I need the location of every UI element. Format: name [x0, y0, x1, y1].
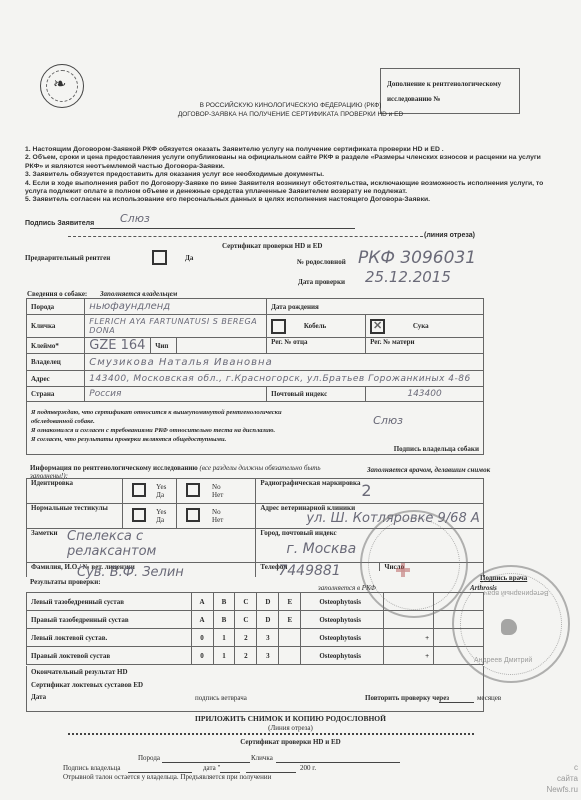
- certificate-title: Сертификат проверки HD и ED: [222, 242, 322, 250]
- notes-label: Заметки: [31, 529, 58, 537]
- attach-note: ПРИЛОЖИТЬ СНИМОК И КОПИЮ РОДОСЛОВНОЙ: [0, 714, 581, 723]
- yes-text-2: YesДа: [156, 504, 176, 529]
- identification-label: Идентировка: [27, 479, 123, 504]
- confirmation-line-1: Я подтверждаю, что сертификат относится …: [31, 408, 311, 426]
- chip-field[interactable]: [177, 338, 267, 354]
- applicant-signature-label: Подпись Заявителя: [25, 220, 94, 227]
- term-4: 4. Если в ходе выполнения работ по Догов…: [25, 180, 555, 197]
- grade-cell[interactable]: 0: [191, 647, 213, 665]
- no-text-2: NoНет: [210, 504, 256, 529]
- results-label: Результаты проверки:: [30, 578, 101, 586]
- grade-cell[interactable]: 1: [213, 647, 235, 665]
- site-watermark: с сайта Newfs.ru: [546, 762, 578, 795]
- breed-value: ньюфаундленд: [89, 301, 170, 312]
- name-field[interactable]: FLERICH AYA FARTUNATUSI S BEREGA DONA: [85, 315, 267, 338]
- term-5: 5. Заявитель согласен на использование е…: [25, 196, 555, 204]
- vet-personal-stamp: Ветеринарный врач Андреев Дмитрий: [452, 565, 570, 683]
- male-option[interactable]: Кобель: [267, 315, 366, 338]
- grade-cell: [279, 647, 301, 665]
- footer-name-label: Кличка: [251, 754, 273, 762]
- footer-cut-line: [68, 733, 474, 735]
- birthdate-field[interactable]: Дата рождения: [267, 299, 484, 315]
- grade-cell[interactable]: A: [191, 593, 213, 611]
- female-option[interactable]: ✕ Сука: [366, 315, 484, 338]
- grade-cell[interactable]: A: [191, 611, 213, 629]
- grade-cell[interactable]: 1: [213, 629, 235, 647]
- footer-cut-line-label: (Линия отреза): [0, 724, 581, 732]
- female-label: Сука: [413, 322, 429, 330]
- no-text: NoНет: [210, 479, 256, 504]
- testicles-yes-option[interactable]: [122, 504, 156, 529]
- pedigree-label: № родословной: [297, 258, 346, 266]
- grade-cell[interactable]: B: [213, 593, 235, 611]
- name-label: Кличка: [27, 315, 85, 338]
- address-label: Адрес: [27, 371, 85, 387]
- footer-name-field[interactable]: [276, 762, 400, 763]
- chip-label: Чип: [151, 338, 177, 354]
- testicles-yes-checkbox[interactable]: [132, 508, 146, 522]
- grade-cell[interactable]: B: [213, 611, 235, 629]
- radiographic-marking-field[interactable]: Радиографическая маркировка 2: [256, 479, 484, 504]
- finding-label: Osteophytosis: [301, 647, 384, 665]
- grade-cell[interactable]: E: [279, 593, 301, 611]
- radiographic-marking-label: Радиографическая маркировка: [260, 479, 360, 487]
- term-2: 2. Объем, сроки и цена предоставления ус…: [25, 154, 555, 171]
- address-field[interactable]: 143400, Московская обл., г.Красногорск, …: [85, 371, 484, 387]
- grade-cell[interactable]: 3: [257, 629, 279, 647]
- grade-cell: [279, 629, 301, 647]
- country-value: Россия: [89, 389, 121, 399]
- preliminary-xray-checkbox[interactable]: [152, 250, 167, 265]
- brand-label: Клеймо*: [27, 338, 85, 354]
- owner-label: Владелец: [27, 354, 85, 371]
- dog-head-icon: ❧: [53, 77, 66, 93]
- vet-name-field[interactable]: Фамилия, И.О./ № вет. лицензии Сув. В.Ф.…: [27, 563, 256, 577]
- joint-label: Правый локтевой сустав: [27, 647, 192, 665]
- ed-cert-label: Сертификат локтевых суставов ED: [31, 681, 143, 689]
- city-value: г. Москва: [286, 541, 356, 557]
- repeat-months-field[interactable]: [439, 702, 474, 703]
- grade-cell[interactable]: E: [279, 611, 301, 629]
- vet-signature-bottom-label: подпись ветврача: [195, 694, 247, 702]
- vet-filled-by: Заполняется врачом, делавшим снимок: [367, 466, 490, 474]
- header-line-2: ДОГОВОР-ЗАЯВКА НА ПОЛУЧЕНИЕ СЕРТИФИКАТА …: [0, 111, 581, 118]
- repeat-label: Повторить проверку через: [365, 694, 449, 702]
- owner-signature-label: Подпись владельца собаки: [394, 445, 479, 453]
- grade-cell[interactable]: 2: [235, 629, 257, 647]
- footer-date-label: дата ": [203, 764, 220, 772]
- vet-stamp-text: Ветеринарный врач: [484, 589, 549, 596]
- vet-stamp-name: Андреев Дмитрий: [474, 657, 532, 664]
- joint-label: Левый тазобедренный сустав: [27, 593, 192, 611]
- header-line-1: В РОССИЙСКУЮ КИНОЛОГИЧЕСКУЮ ФЕДЕРАЦИЮ (Р…: [0, 102, 581, 109]
- finding-mark[interactable]: +: [384, 629, 434, 647]
- footer-breed-field[interactable]: [162, 762, 250, 763]
- testicles-label: Нормальные тестикулы: [27, 504, 123, 529]
- preliminary-xray-label: Предварительный рентген: [25, 254, 110, 262]
- red-cross-icon: [396, 568, 410, 572]
- country-label: Страна: [27, 387, 85, 402]
- contract-terms: 1. Настоящим Договором-Заявкой РКФ обязу…: [25, 146, 555, 205]
- brand-field[interactable]: GZE 164: [85, 338, 151, 354]
- owner-value: Смузикова Наталья Ивановна: [89, 357, 272, 368]
- footer-stub-note: Отрывной талон остается у владельца. Пре…: [63, 773, 271, 781]
- finding-label: Osteophytosis: [301, 629, 384, 647]
- dog-info-label: Сведения о собаке:: [27, 290, 87, 298]
- city-label: Город, почтовый индекс: [260, 529, 336, 537]
- male-checkbox[interactable]: [271, 319, 286, 334]
- finding-mark[interactable]: +: [384, 647, 434, 665]
- female-checkbox-checked[interactable]: ✕: [370, 319, 385, 334]
- mother-reg-label[interactable]: Рег. № матери: [366, 338, 484, 354]
- grade-cell[interactable]: D: [257, 611, 279, 629]
- postcode-value: 143400: [407, 389, 441, 399]
- dog-info-filled-by: Заполняется владельцем: [100, 290, 177, 298]
- identification-yes-option[interactable]: [122, 479, 156, 504]
- yes-text: YesДа: [156, 479, 176, 504]
- identification-no-option[interactable]: [176, 479, 210, 504]
- owner-signature-value[interactable]: Слюз: [373, 414, 403, 427]
- check-date-label: Дата проверки: [298, 278, 345, 286]
- postcode-field[interactable]: 143400: [366, 387, 484, 402]
- grade-cell[interactable]: C: [235, 593, 257, 611]
- footer-cert-title: Сертификат проверки HD и ED: [0, 738, 581, 746]
- applicant-signature-value[interactable]: Слюз: [120, 212, 150, 225]
- male-label: Кобель: [304, 322, 326, 330]
- country-field[interactable]: Россия: [85, 387, 267, 402]
- owner-confirmation-block: Я подтверждаю, что сертификат относится …: [27, 402, 484, 455]
- brand-value: GZE 164: [89, 338, 145, 353]
- notes-field[interactable]: Заметки Спелекса с релаксантом: [27, 529, 256, 563]
- confirmation-line-3: Я согласен, что результаты проверки явля…: [31, 435, 479, 444]
- grade-cell[interactable]: D: [257, 593, 279, 611]
- term-3: 3. Заявитель обязуется предоставить для …: [25, 171, 555, 179]
- grade-cell[interactable]: 0: [191, 629, 213, 647]
- notes-value: Спелекса с релаксантом: [67, 529, 187, 559]
- father-reg-label[interactable]: Рег. № отца: [267, 338, 366, 354]
- yes-label: Да: [185, 254, 193, 262]
- identification-yes-checkbox[interactable]: [132, 483, 146, 497]
- finding-label: Osteophytosis: [301, 611, 384, 629]
- final-hd-label: Окончательный результат HD: [31, 668, 128, 676]
- summary-date-label: Дата: [31, 693, 46, 701]
- pedigree-value[interactable]: РКФ 3096031: [358, 248, 476, 268]
- testicles-no-checkbox[interactable]: [186, 508, 200, 522]
- postcode-label: Почтовый индекс: [267, 387, 366, 402]
- grade-cell[interactable]: C: [235, 611, 257, 629]
- stamp-emblem: [501, 619, 517, 635]
- check-date-value[interactable]: 25.12.2015: [365, 268, 451, 286]
- footer-year-label: 200 г.: [300, 764, 316, 772]
- dog-info-table: Порода ньюфаундленд Дата рождения Кличка…: [26, 298, 484, 455]
- grade-cell[interactable]: 2: [235, 647, 257, 665]
- xray-heading-text: Информация по рентгенологическому исслед…: [30, 464, 198, 472]
- breed-label: Порода: [27, 299, 85, 315]
- results-row: Правый локтевой сустав0123Osteophytosis+: [27, 647, 484, 665]
- clinic-stamp: [360, 510, 468, 618]
- cut-line-label: (линия отреза): [424, 232, 475, 239]
- phone-value: 7449881: [278, 563, 340, 579]
- footer-breed-label: Порода: [138, 754, 160, 762]
- testicles-no-option[interactable]: [176, 504, 210, 529]
- joint-label: Правый тазобедренный сустав: [27, 611, 192, 629]
- confirmation-line-2: Я ознакомился и согласен с требованиями …: [31, 426, 479, 435]
- footer-owner-sig-label: Подпись владельца: [63, 764, 120, 772]
- joint-label: Левый локтевой сустав.: [27, 629, 192, 647]
- months-label: месяцев: [477, 694, 501, 702]
- results-summary-block: Окончательный результат HD Сертификат ло…: [26, 666, 484, 712]
- applicant-signature-line: [90, 228, 355, 229]
- breed-field[interactable]: ньюфаундленд: [85, 299, 267, 315]
- radiographic-marking-value: 2: [361, 481, 371, 500]
- cut-line: [68, 236, 423, 237]
- birthdate-label: Дата рождения: [271, 303, 319, 311]
- address-value: 143400, Московская обл., г.Красногорск, …: [89, 374, 470, 384]
- identification-no-checkbox[interactable]: [186, 483, 200, 497]
- grade-cell[interactable]: 3: [257, 647, 279, 665]
- name-value: FLERICH AYA FARTUNATUSI S BEREGA DONA: [89, 317, 262, 335]
- owner-field[interactable]: Смузикова Наталья Ивановна: [85, 354, 484, 371]
- results-row: Левый локтевой сустав.0123Osteophytosis+: [27, 629, 484, 647]
